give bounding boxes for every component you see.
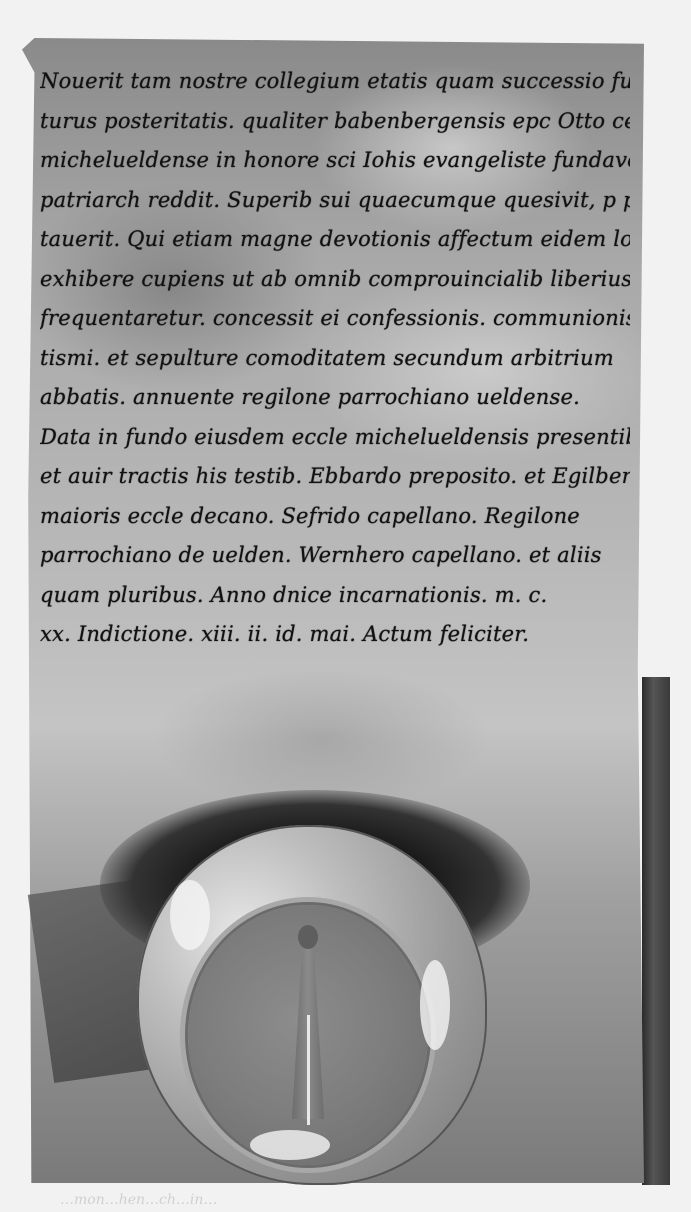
seal-wear-mark	[420, 960, 450, 1050]
text-line: parrochiano de uelden. Wernhero capellan…	[40, 536, 630, 576]
mounting-strip	[642, 677, 670, 1185]
text-line: michelueldense in honore sci Iohis evang…	[40, 141, 630, 181]
seal-figure-icon	[283, 925, 333, 1125]
text-line: quam pluribus. Anno dnice incarnationis.…	[40, 576, 630, 616]
text-line: maioris eccle decano. Sefrido capellano.…	[40, 497, 630, 537]
text-line: patriarch reddit. Superib sui quaecumque…	[40, 181, 630, 221]
text-line: Nouerit tam nostre collegium etatis quam…	[40, 62, 630, 102]
text-line: abbatis. annuente regilone parrochiano u…	[40, 378, 630, 418]
charter-text: Nouerit tam nostre collegium etatis quam…	[40, 62, 630, 655]
text-line: xx. Indictione. xiii. ii. id. mai. Actum…	[40, 615, 630, 655]
text-line: tismi. et sepulture comoditatem secundum…	[40, 339, 630, 379]
text-line: et auir tractis his testib. Ebbardo prep…	[40, 457, 630, 497]
text-line: turus posteritatis. qualiter babenbergen…	[40, 102, 630, 142]
text-line: exhibere cupiens ut ab omnib comprouinci…	[40, 260, 630, 300]
seal-wear-mark	[250, 1130, 330, 1160]
text-line: frequentaretur. concessit ei confessioni…	[40, 299, 630, 339]
text-line: Data in fundo eiusdem eccle micheluelden…	[40, 418, 630, 458]
text-line: tauerit. Qui etiam magne devotionis affe…	[40, 220, 630, 260]
caption: …mon…hen…ch…in…	[60, 1192, 217, 1208]
seal-wear-mark	[170, 880, 210, 950]
